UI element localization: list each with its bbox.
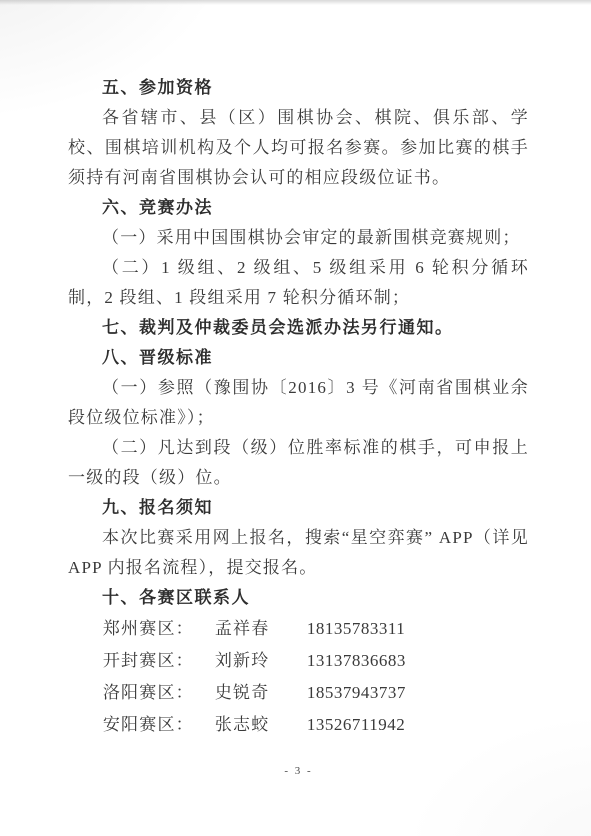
paragraph: 各省辖市、县（区）围棋协会、棋院、俱乐部、学校、围棋培训机构及个人均可报名参赛。… — [68, 103, 529, 193]
contact-district: 洛阳赛区： — [103, 677, 215, 709]
contact-district: 开封赛区： — [103, 645, 215, 677]
section-heading-regional-contacts: 十、各赛区联系人 — [68, 583, 529, 613]
paragraph: （一）采用中国围棋协会审定的最新围棋竞赛规则； — [68, 223, 529, 253]
contact-name: 刘新玲 — [215, 645, 307, 677]
paragraph: 本次比赛采用网上报名，搜索“星空弈赛” APP（详见 APP 内报名流程），提交… — [68, 523, 529, 583]
section-heading-participation-eligibility: 五、参加资格 — [68, 73, 529, 103]
contact-name: 孟祥春 — [215, 613, 307, 645]
paragraph: （一）参照（豫围协〔2016〕3 号《河南省围棋业余段位级位标准》）； — [68, 373, 529, 433]
document-body: 五、参加资格 各省辖市、县（区）围棋协会、棋院、俱乐部、学校、围棋培训机构及个人… — [68, 73, 529, 741]
contact-list: 郑州赛区： 孟祥春 18135783311 开封赛区： 刘新玲 13137836… — [68, 613, 529, 741]
paragraph: （二）1 级组、2 级组、5 级组采用 6 轮积分循环制，2 段组、1 段组采用… — [68, 253, 529, 313]
section-heading-promotion-standard: 八、晋级标准 — [68, 343, 529, 373]
contact-phone: 13137836683 — [307, 645, 406, 677]
contact-phone: 13526711942 — [307, 709, 405, 741]
contact-district: 郑州赛区： — [103, 613, 215, 645]
contact-row-zhengzhou: 郑州赛区： 孟祥春 18135783311 — [68, 613, 529, 645]
contact-phone: 18135783311 — [307, 613, 405, 645]
document-page: 五、参加资格 各省辖市、县（区）围棋协会、棋院、俱乐部、学校、围棋培训机构及个人… — [0, 0, 591, 836]
contact-name: 张志蛟 — [215, 709, 307, 741]
contact-row-luoyang: 洛阳赛区： 史锐奇 18537943737 — [68, 677, 529, 709]
contact-row-kaifeng: 开封赛区： 刘新玲 13137836683 — [68, 645, 529, 677]
contact-district: 安阳赛区： — [103, 709, 215, 741]
contact-name: 史锐奇 — [215, 677, 307, 709]
paragraph: （二）凡达到段（级）位胜率标准的棋手，可申报上一级的段（级）位。 — [68, 433, 529, 493]
contact-phone: 18537943737 — [307, 677, 406, 709]
section-heading-registration-notice: 九、报名须知 — [68, 493, 529, 523]
section-heading-competition-method: 六、竞赛办法 — [68, 193, 529, 223]
section-heading-referee-notice: 七、裁判及仲裁委员会选派办法另行通知。 — [68, 313, 529, 343]
page-number: - 3 - — [68, 764, 529, 778]
contact-row-anyang: 安阳赛区： 张志蛟 13526711942 — [68, 709, 529, 741]
